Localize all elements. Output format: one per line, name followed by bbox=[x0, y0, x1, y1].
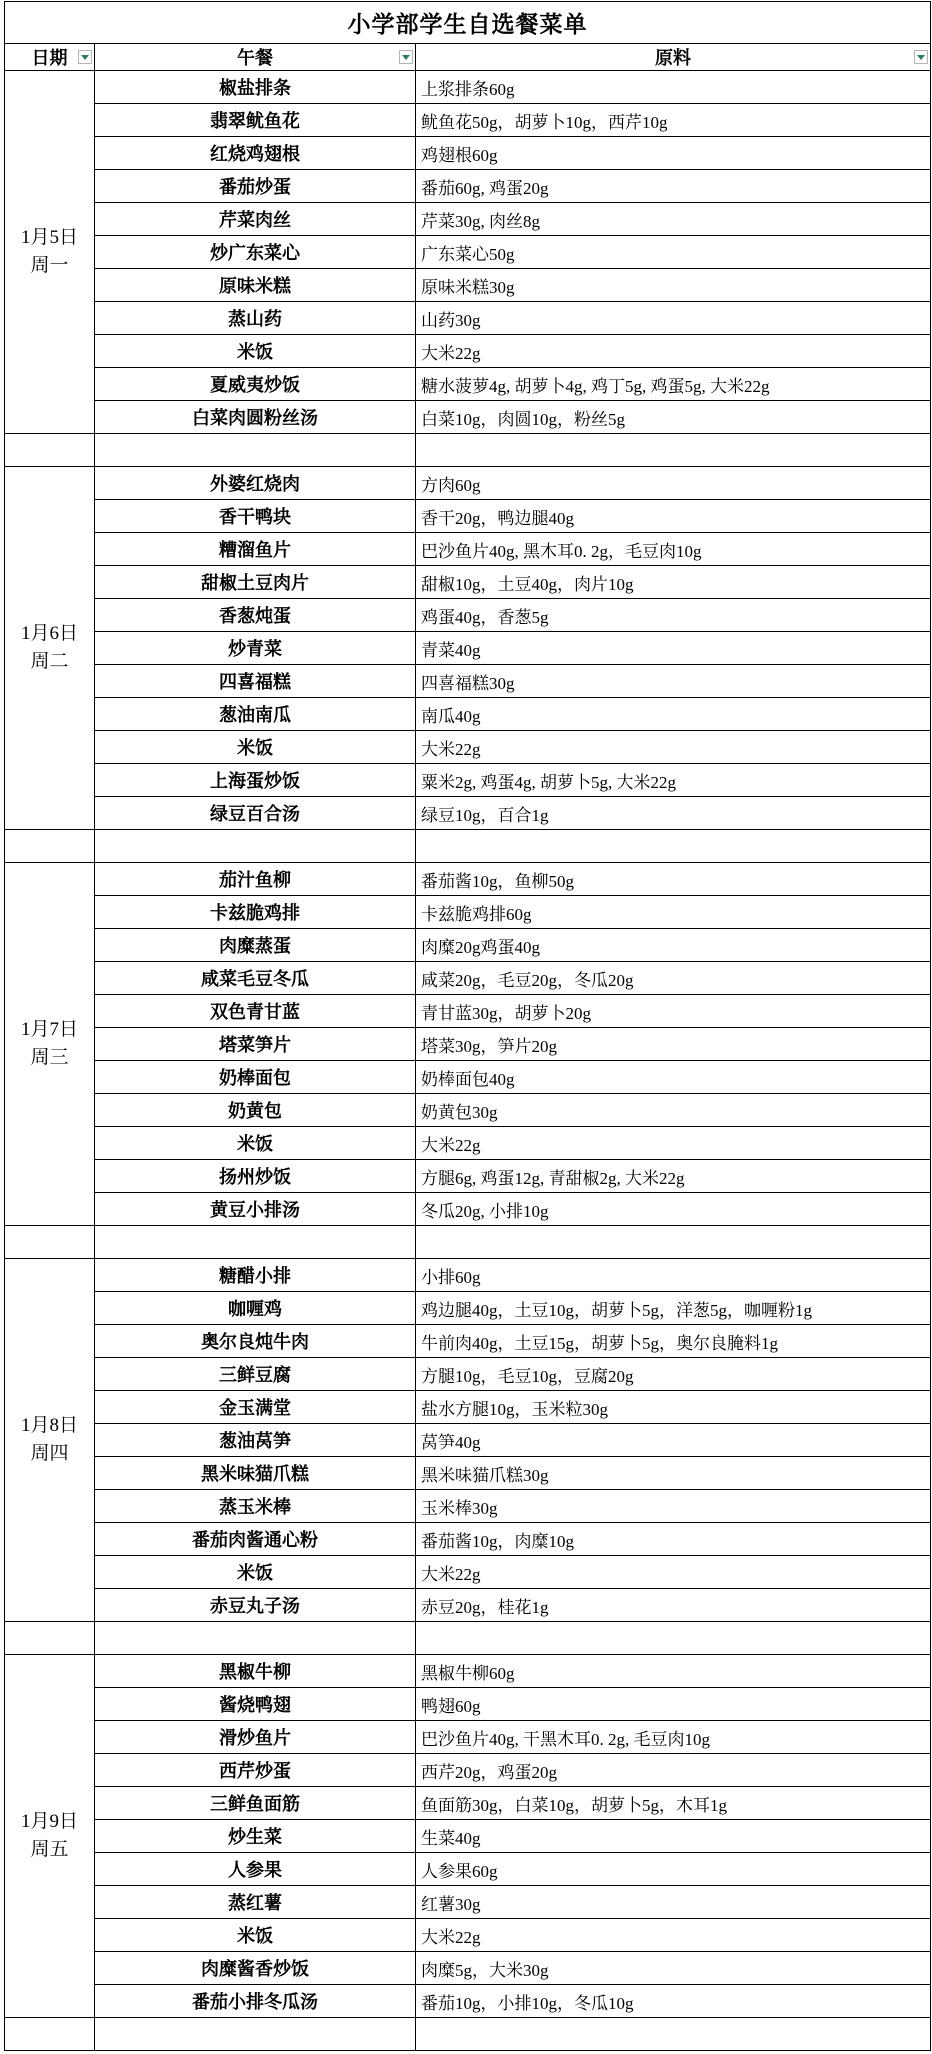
dish-name-cell: 葱油莴笋 bbox=[95, 1424, 416, 1457]
section-date-cell: 1月9日周五 bbox=[5, 1655, 95, 2018]
dish-name-cell: 四喜福糕 bbox=[95, 665, 416, 698]
ingredients-cell: 青甘蓝30g，胡萝卜20g bbox=[416, 995, 931, 1028]
dish-name-cell: 黑椒牛柳 bbox=[95, 1655, 416, 1688]
separator-lunch-cell bbox=[95, 1622, 416, 1655]
column-header-lunch-label: 午餐 bbox=[237, 44, 273, 70]
dish-name-cell: 咖喱鸡 bbox=[95, 1292, 416, 1325]
separator-ingredients-cell bbox=[416, 434, 931, 467]
date-text: 1月5日 bbox=[21, 224, 78, 253]
separator-lunch-cell bbox=[95, 1226, 416, 1259]
ingredients-cell: 鸡翅根60g bbox=[416, 137, 931, 170]
ingredients-cell: 白菜10g，肉圆10g，粉丝5g bbox=[416, 401, 931, 434]
ingredients-cell: 方腿10g，毛豆10g，豆腐20g bbox=[416, 1358, 931, 1391]
dish-name-cell: 扬州炒饭 bbox=[95, 1160, 416, 1193]
ingredients-cell: 番茄10g，小排10g，冬瓜10g bbox=[416, 1985, 931, 2018]
dish-name-cell: 芹菜肉丝 bbox=[95, 203, 416, 236]
ingredients-cell: 粟米2g, 鸡蛋4g, 胡萝卜5g, 大米22g bbox=[416, 764, 931, 797]
ingredients-cell: 大米22g bbox=[416, 335, 931, 368]
separator-lunch-cell bbox=[95, 434, 416, 467]
dish-name-cell: 滑炒鱼片 bbox=[95, 1721, 416, 1754]
filter-button-date[interactable] bbox=[78, 50, 92, 64]
dish-name-cell: 肉糜蒸蛋 bbox=[95, 929, 416, 962]
ingredients-cell: 塔菜30g，笋片20g bbox=[416, 1028, 931, 1061]
filter-dropdown-icon bbox=[81, 55, 89, 60]
dish-name-cell: 米饭 bbox=[95, 335, 416, 368]
ingredients-cell: 大米22g bbox=[416, 1919, 931, 1952]
dish-name-cell: 米饭 bbox=[95, 1556, 416, 1589]
dish-name-cell: 翡翠鱿鱼花 bbox=[95, 104, 416, 137]
dish-name-cell: 白菜肉圆粉丝汤 bbox=[95, 401, 416, 434]
separator-date-cell bbox=[5, 1622, 95, 1655]
ingredients-cell: 鸡蛋40g，香葱5g bbox=[416, 599, 931, 632]
menu-table: 小学部学生自选餐菜单 日期 午餐 原料 1月5日周一椒盐排条上浆排条60g翡翠鱿… bbox=[4, 1, 931, 2051]
ingredients-cell: 生菜40g bbox=[416, 1820, 931, 1853]
ingredients-cell: 鸡边腿40g，土豆10g，胡萝卜5g，洋葱5g，咖喱粉1g bbox=[416, 1292, 931, 1325]
weekday-text: 周三 bbox=[30, 1044, 68, 1073]
ingredients-cell: 鱼面筋30g，白菜10g，胡萝卜5g，木耳1g bbox=[416, 1787, 931, 1820]
dish-name-cell: 蒸红薯 bbox=[95, 1886, 416, 1919]
filter-button-lunch[interactable] bbox=[399, 50, 413, 64]
separator-ingredients-cell bbox=[416, 2018, 931, 2051]
ingredients-cell: 小排60g bbox=[416, 1259, 931, 1292]
dish-name-cell: 三鲜豆腐 bbox=[95, 1358, 416, 1391]
dish-name-cell: 米饭 bbox=[95, 1127, 416, 1160]
dish-name-cell: 夏威夷炒饭 bbox=[95, 368, 416, 401]
ingredients-cell: 奶棒面包40g bbox=[416, 1061, 931, 1094]
ingredients-cell: 大米22g bbox=[416, 1127, 931, 1160]
ingredients-cell: 盐水方腿10g，玉米粒30g bbox=[416, 1391, 931, 1424]
ingredients-cell: 鱿鱼花50g，胡萝卜10g，西芹10g bbox=[416, 104, 931, 137]
column-header-ingredients: 原料 bbox=[416, 44, 931, 71]
dish-name-cell: 香干鸭块 bbox=[95, 500, 416, 533]
column-header-ingredients-label: 原料 bbox=[655, 44, 691, 70]
ingredients-cell: 番茄酱10g，肉糜10g bbox=[416, 1523, 931, 1556]
dish-name-cell: 原味米糕 bbox=[95, 269, 416, 302]
dish-name-cell: 黑米味猫爪糕 bbox=[95, 1457, 416, 1490]
separator-date-cell bbox=[5, 2018, 95, 2051]
page-title: 小学部学生自选餐菜单 bbox=[5, 2, 931, 44]
date-text: 1月8日 bbox=[21, 1412, 78, 1441]
column-header-date-label: 日期 bbox=[32, 44, 68, 70]
ingredients-cell: 甜椒10g，土豆40g，肉片10g bbox=[416, 566, 931, 599]
ingredients-cell: 大米22g bbox=[416, 1556, 931, 1589]
dish-name-cell: 双色青甘蓝 bbox=[95, 995, 416, 1028]
ingredients-cell: 卡兹脆鸡排60g bbox=[416, 896, 931, 929]
section-date-cell: 1月5日周一 bbox=[5, 71, 95, 434]
dish-name-cell: 奶棒面包 bbox=[95, 1061, 416, 1094]
separator-ingredients-cell bbox=[416, 1622, 931, 1655]
ingredients-cell: 上浆排条60g bbox=[416, 71, 931, 104]
ingredients-cell: 肉糜20g鸡蛋40g bbox=[416, 929, 931, 962]
date-text: 1月7日 bbox=[21, 1016, 78, 1045]
ingredients-cell: 黑米味猫爪糕30g bbox=[416, 1457, 931, 1490]
dish-name-cell: 绿豆百合汤 bbox=[95, 797, 416, 830]
dish-name-cell: 酱烧鸭翅 bbox=[95, 1688, 416, 1721]
dish-name-cell: 外婆红烧肉 bbox=[95, 467, 416, 500]
dish-name-cell: 甜椒土豆肉片 bbox=[95, 566, 416, 599]
ingredients-cell: 赤豆20g，桂花1g bbox=[416, 1589, 931, 1622]
dish-name-cell: 香葱炖蛋 bbox=[95, 599, 416, 632]
ingredients-cell: 人参果60g bbox=[416, 1853, 931, 1886]
dish-name-cell: 椒盐排条 bbox=[95, 71, 416, 104]
ingredients-cell: 广东菜心50g bbox=[416, 236, 931, 269]
separator-date-cell bbox=[5, 434, 95, 467]
weekday-text: 周四 bbox=[30, 1440, 68, 1469]
filter-dropdown-icon bbox=[402, 55, 410, 60]
section-date-cell: 1月6日周二 bbox=[5, 467, 95, 830]
ingredients-cell: 鸭翅60g bbox=[416, 1688, 931, 1721]
dish-name-cell: 红烧鸡翅根 bbox=[95, 137, 416, 170]
weekday-text: 周一 bbox=[30, 252, 68, 281]
dish-name-cell: 糟溜鱼片 bbox=[95, 533, 416, 566]
dish-name-cell: 炒广东菜心 bbox=[95, 236, 416, 269]
dish-name-cell: 金玉满堂 bbox=[95, 1391, 416, 1424]
section-date-cell: 1月8日周四 bbox=[5, 1259, 95, 1622]
separator-date-cell bbox=[5, 830, 95, 863]
ingredients-cell: 芹菜30g, 肉丝8g bbox=[416, 203, 931, 236]
dish-name-cell: 人参果 bbox=[95, 1853, 416, 1886]
dish-name-cell: 番茄炒蛋 bbox=[95, 170, 416, 203]
ingredients-cell: 四喜福糕30g bbox=[416, 665, 931, 698]
dish-name-cell: 赤豆丸子汤 bbox=[95, 1589, 416, 1622]
ingredients-cell: 糖水菠萝4g, 胡萝卜4g, 鸡丁5g, 鸡蛋5g, 大米22g bbox=[416, 368, 931, 401]
ingredients-cell: 山药30g bbox=[416, 302, 931, 335]
dish-name-cell: 米饭 bbox=[95, 731, 416, 764]
dish-name-cell: 炒青菜 bbox=[95, 632, 416, 665]
ingredients-cell: 冬瓜20g, 小排10g bbox=[416, 1193, 931, 1226]
ingredients-cell: 巴沙鱼片40g, 黑木耳0. 2g，毛豆肉10g bbox=[416, 533, 931, 566]
date-text: 1月9日 bbox=[21, 1808, 78, 1837]
ingredients-cell: 玉米棒30g bbox=[416, 1490, 931, 1523]
separator-lunch-cell bbox=[95, 830, 416, 863]
weekday-text: 周二 bbox=[30, 648, 68, 677]
ingredients-cell: 方肉60g bbox=[416, 467, 931, 500]
dish-name-cell: 肉糜酱香炒饭 bbox=[95, 1952, 416, 1985]
dish-name-cell: 咸菜毛豆冬瓜 bbox=[95, 962, 416, 995]
separator-ingredients-cell bbox=[416, 830, 931, 863]
weekday-text: 周五 bbox=[30, 1836, 68, 1865]
filter-dropdown-icon bbox=[917, 55, 925, 60]
ingredients-cell: 肉糜5g，大米30g bbox=[416, 1952, 931, 1985]
ingredients-cell: 红薯30g bbox=[416, 1886, 931, 1919]
dish-name-cell: 西芹炒蛋 bbox=[95, 1754, 416, 1787]
ingredients-cell: 南瓜40g bbox=[416, 698, 931, 731]
dish-name-cell: 蒸玉米棒 bbox=[95, 1490, 416, 1523]
dish-name-cell: 上海蛋炒饭 bbox=[95, 764, 416, 797]
ingredients-cell: 大米22g bbox=[416, 731, 931, 764]
filter-button-ingredients[interactable] bbox=[914, 50, 928, 64]
ingredients-cell: 奶黄包30g bbox=[416, 1094, 931, 1127]
dish-name-cell: 塔菜笋片 bbox=[95, 1028, 416, 1061]
dish-name-cell: 奥尔良炖牛肉 bbox=[95, 1325, 416, 1358]
dish-name-cell: 奶黄包 bbox=[95, 1094, 416, 1127]
separator-ingredients-cell bbox=[416, 1226, 931, 1259]
section-date-cell: 1月7日周三 bbox=[5, 863, 95, 1226]
ingredients-cell: 巴沙鱼片40g, 干黑木耳0. 2g, 毛豆肉10g bbox=[416, 1721, 931, 1754]
column-header-lunch: 午餐 bbox=[95, 44, 416, 71]
dish-name-cell: 三鲜鱼面筋 bbox=[95, 1787, 416, 1820]
ingredients-cell: 香干20g，鸭边腿40g bbox=[416, 500, 931, 533]
dish-name-cell: 蒸山药 bbox=[95, 302, 416, 335]
ingredients-cell: 番茄酱10g，鱼柳50g bbox=[416, 863, 931, 896]
dish-name-cell: 米饭 bbox=[95, 1919, 416, 1952]
ingredients-cell: 青菜40g bbox=[416, 632, 931, 665]
ingredients-cell: 牛前肉40g，土豆15g，胡萝卜5g，奥尔良腌料1g bbox=[416, 1325, 931, 1358]
separator-lunch-cell bbox=[95, 2018, 416, 2051]
ingredients-cell: 黑椒牛柳60g bbox=[416, 1655, 931, 1688]
ingredients-cell: 番茄60g, 鸡蛋20g bbox=[416, 170, 931, 203]
ingredients-cell: 方腿6g, 鸡蛋12g, 青甜椒2g, 大米22g bbox=[416, 1160, 931, 1193]
dish-name-cell: 糖醋小排 bbox=[95, 1259, 416, 1292]
ingredients-cell: 莴笋40g bbox=[416, 1424, 931, 1457]
dish-name-cell: 茄汁鱼柳 bbox=[95, 863, 416, 896]
dish-name-cell: 番茄肉酱通心粉 bbox=[95, 1523, 416, 1556]
ingredients-cell: 原味米糕30g bbox=[416, 269, 931, 302]
ingredients-cell: 绿豆10g，百合1g bbox=[416, 797, 931, 830]
dish-name-cell: 番茄小排冬瓜汤 bbox=[95, 1985, 416, 2018]
ingredients-cell: 西芹20g，鸡蛋20g bbox=[416, 1754, 931, 1787]
dish-name-cell: 炒生菜 bbox=[95, 1820, 416, 1853]
separator-date-cell bbox=[5, 1226, 95, 1259]
dish-name-cell: 黄豆小排汤 bbox=[95, 1193, 416, 1226]
column-header-date: 日期 bbox=[5, 44, 95, 71]
dish-name-cell: 葱油南瓜 bbox=[95, 698, 416, 731]
date-text: 1月6日 bbox=[21, 620, 78, 649]
ingredients-cell: 咸菜20g，毛豆20g，冬瓜20g bbox=[416, 962, 931, 995]
dish-name-cell: 卡兹脆鸡排 bbox=[95, 896, 416, 929]
